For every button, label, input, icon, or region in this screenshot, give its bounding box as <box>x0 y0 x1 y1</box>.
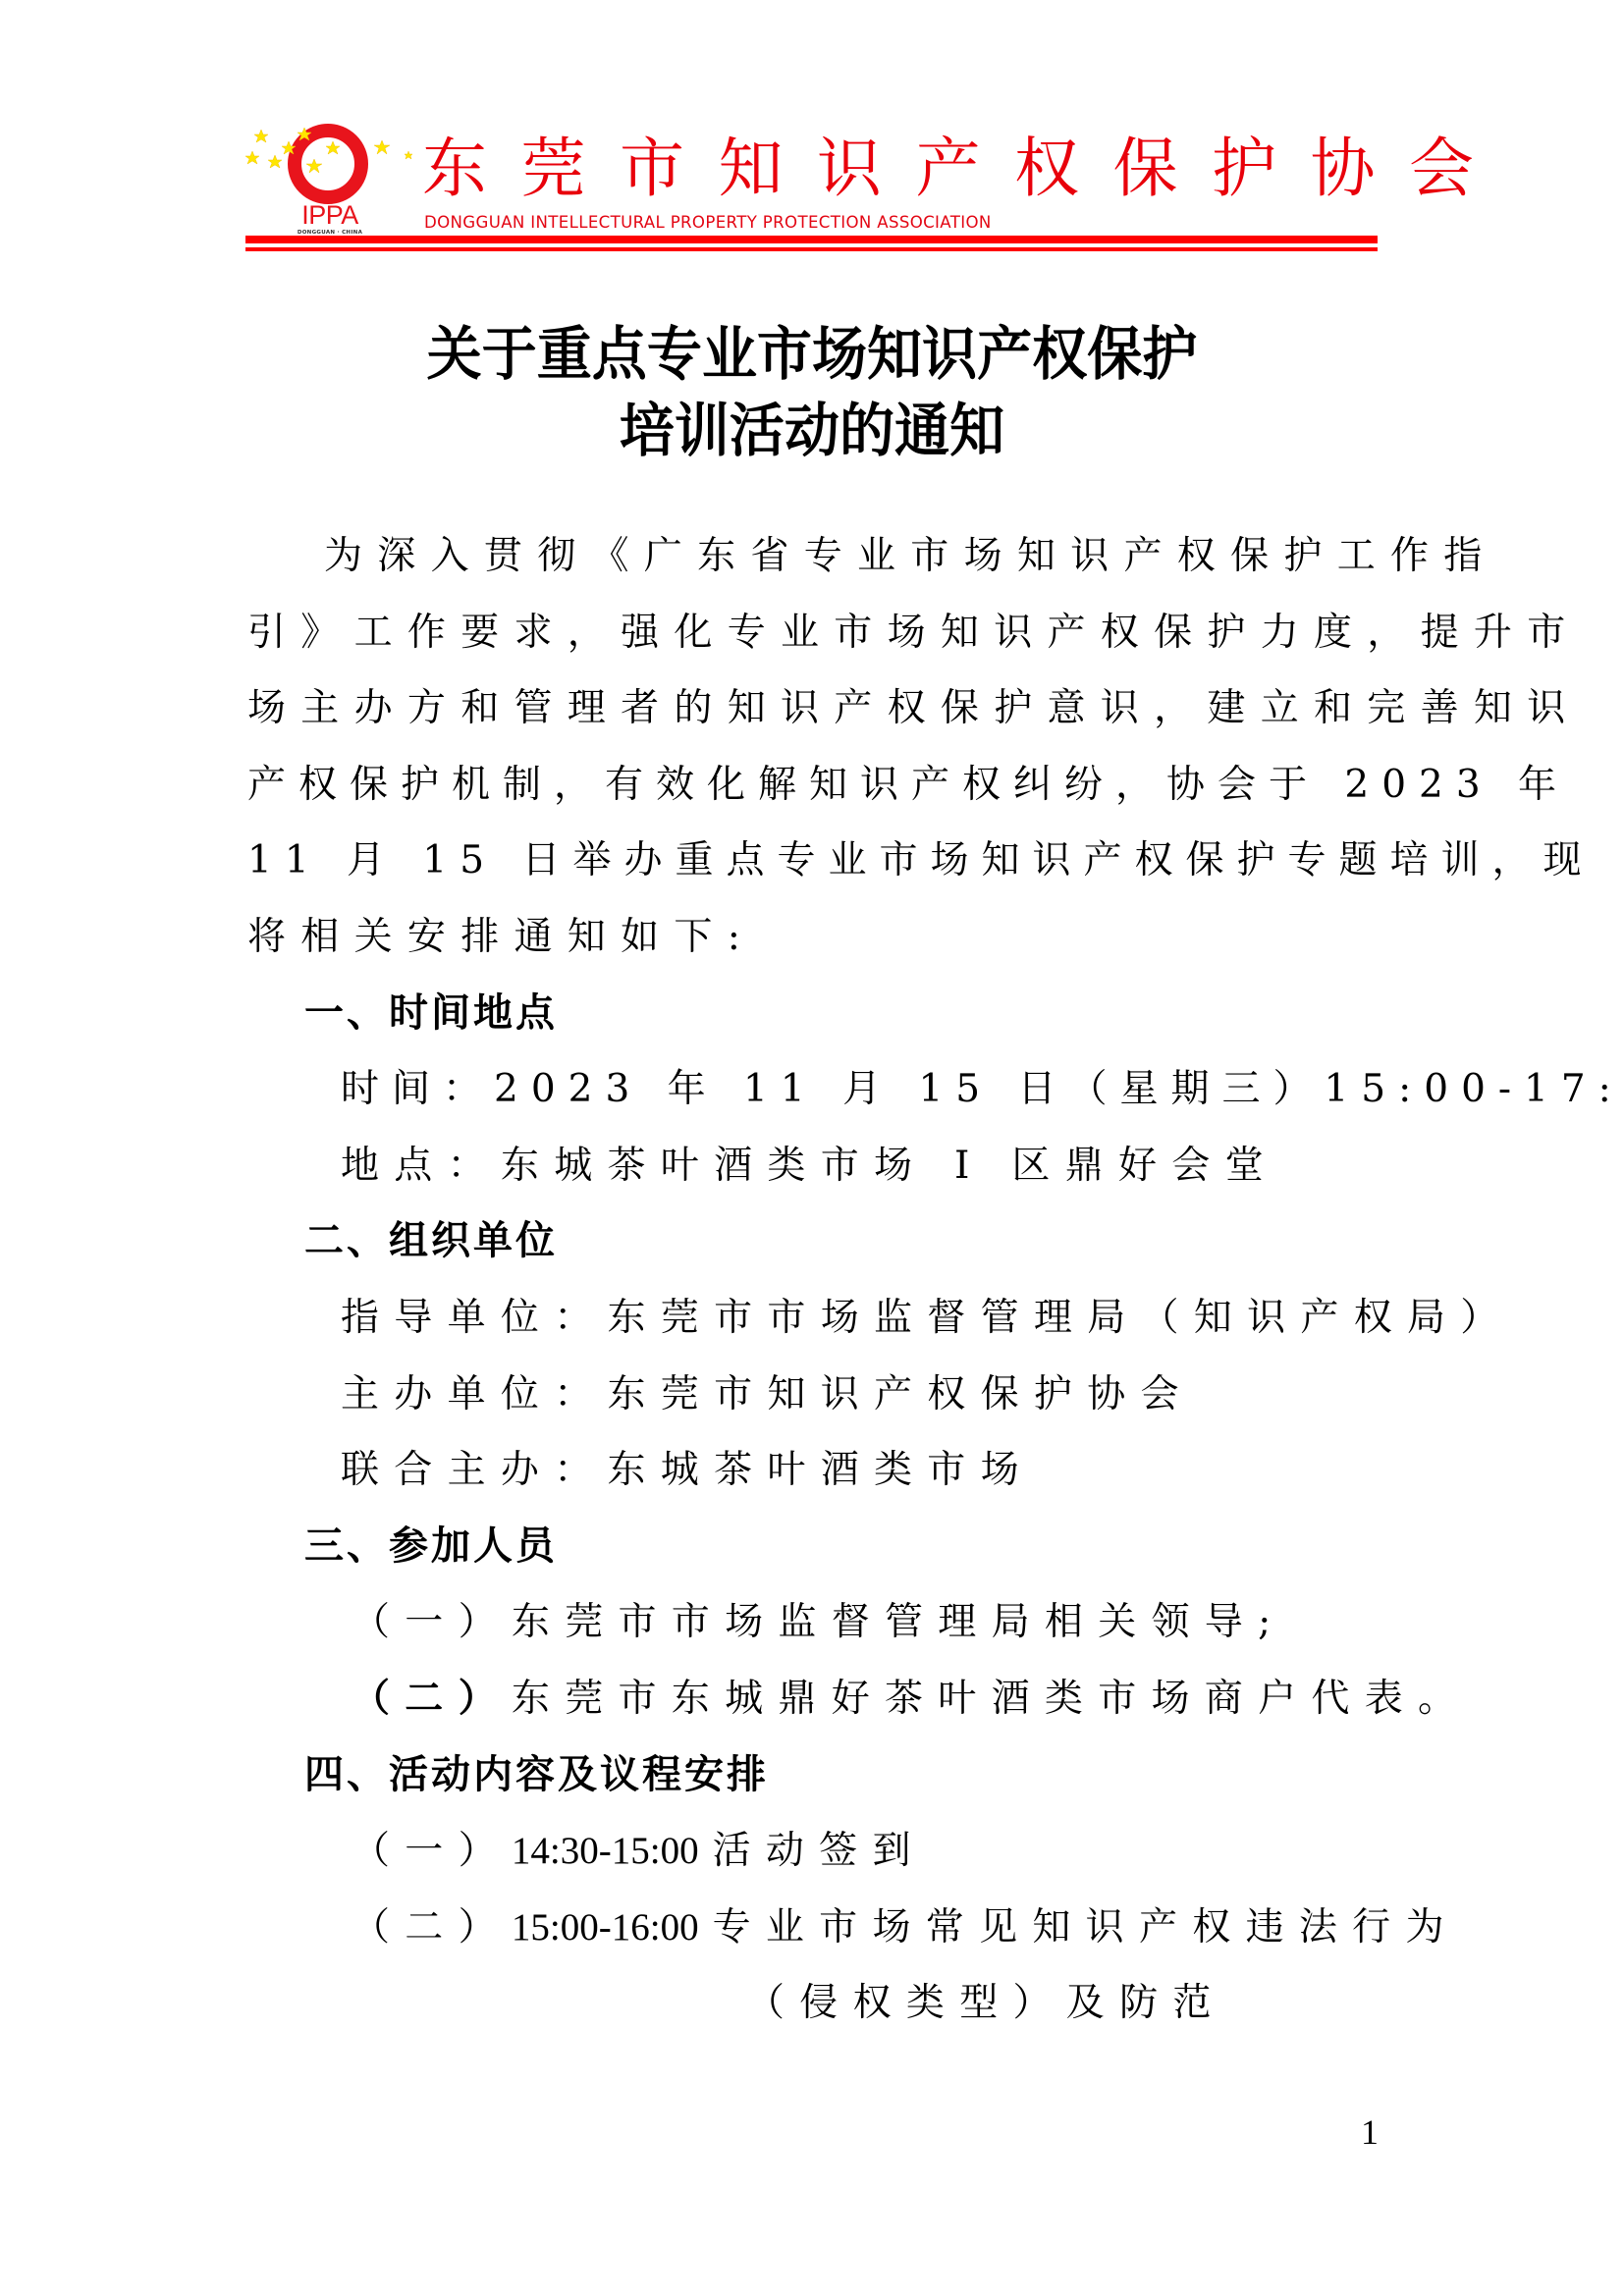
agenda-text: 活动签到 <box>713 1829 926 1873</box>
list-marker: （一） <box>352 1829 512 1873</box>
list-marker: （一） <box>352 1600 512 1644</box>
agenda-item: （一）14:30-15:00活动签到 <box>352 1813 926 1890</box>
intro-line: 引》工作要求，强化专业市场知识产权保护力度，提升市 <box>247 595 1581 671</box>
section-item-location: 地点：东城茶叶酒类市场 I 区鼎好会堂 <box>341 1128 1278 1204</box>
list-marker: （二） <box>352 1676 512 1721</box>
agenda-item-continuation: （侵权类型）及防范 <box>746 1965 1226 2042</box>
ippa-logo: IPPA DONGGUAN · CHINA <box>245 108 412 236</box>
participant-text: 东莞市市场监督管理局相关领导; <box>512 1600 1286 1644</box>
letterhead-divider-thick <box>245 236 1378 243</box>
section-heading: 四、活动内容及议程安排 <box>304 1737 769 1814</box>
section-item-guiding-unit: 指导单位：东莞市市场监督管理局（知识产权局） <box>341 1280 1514 1357</box>
intro-line: 将相关安排通知如下: <box>247 899 755 976</box>
intro-line: 场主办方和管理者的知识产权保护意识，建立和完善知识 <box>247 670 1581 747</box>
list-marker: （二） <box>352 1905 512 1949</box>
intro-line: 产权保护机制，有效化解知识产权纠纷，协会于 2023 年 <box>247 747 1569 824</box>
logo-ippa-text: IPPA <box>291 202 369 228</box>
agenda-item: （二）15:00-16:00专业市场常见知识产权违法行为 <box>352 1890 1459 1966</box>
letterhead: IPPA DONGGUAN · CHINA 东莞市知识产权保护协会 DONGGU… <box>245 108 1378 255</box>
section-item-co-host: 联合主办：东城茶叶酒类市场 <box>341 1432 1034 1509</box>
agenda-time: 15:00-16:00 <box>512 1906 699 1949</box>
participant-item: （一）东莞市市场监督管理局相关领导; <box>352 1584 1286 1661</box>
org-name-cn: 东莞市知识产权保护协会 <box>422 130 1508 208</box>
ring-and-stars-icon <box>245 108 412 206</box>
agenda-time: 14:30-15:00 <box>512 1830 699 1872</box>
section-item-host-unit: 主办单位：东莞市知识产权保护协会 <box>341 1357 1194 1433</box>
section-item-time: 时间：2023 年 11 月 15 日（星期三）15:00-17:00 <box>341 1051 1624 1128</box>
page-number: 1 <box>1361 2112 1379 2152</box>
participant-item: （二）东莞市东城鼎好茶叶酒类市场商户代表。 <box>352 1661 1471 1737</box>
document-title-line-2: 培训活动的通知 <box>40 397 1583 465</box>
intro-line: 11 月 15 日举办重点专业市场知识产权保护专题培训，现 <box>247 823 1594 899</box>
participant-text: 东莞市东城鼎好茶叶酒类市场商户代表。 <box>512 1677 1471 1721</box>
section-heading: 一、时间地点 <box>304 976 558 1052</box>
document-title-line-1: 关于重点专业市场知识产权保护 <box>40 320 1583 389</box>
letterhead-divider-thin <box>245 247 1378 251</box>
section-heading: 三、参加人员 <box>304 1509 558 1585</box>
intro-line: 为深入贯彻《广东省专业市场知识产权保护工作指 <box>324 518 1497 595</box>
section-heading: 二、组织单位 <box>304 1203 558 1280</box>
agenda-text: 专业市场常见知识产权违法行为 <box>713 1905 1459 1949</box>
org-name-en: DONGGUAN INTELLECTURAL PROPERTY PROTECTI… <box>424 214 992 232</box>
